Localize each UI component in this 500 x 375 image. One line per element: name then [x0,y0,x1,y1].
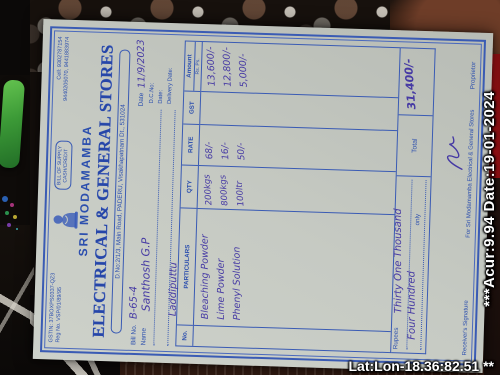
only-label: only [414,214,421,226]
col-qty-header: QTY [181,165,198,208]
colored-beads [2,196,8,202]
bill-no-value: B-65-4 [129,286,140,319]
delivery-date-label: Delivery Date: [166,40,177,104]
item-3-name: Phenyl Solution [230,210,246,326]
particulars-column: Bleaching Powder Lime Powder Phenyl Solu… [194,209,395,332]
date-value: 11/9/2023 [136,39,148,88]
col-gst-header: GST [183,91,200,124]
date-label: Date [138,93,145,107]
proprietor-label: Proprietor [469,49,478,101]
rate-column: 68/- 16/- 50/- [199,125,397,172]
col-rate-header: RATE [182,124,199,165]
item-3-amount: 5,000/- [235,43,253,93]
gps-overlay-latlon: Lat:Lon-18.36:82.51 ** [349,358,495,374]
gps-overlay-date: ***Acur:9.94 Date:19-01-2024 [481,49,499,349]
receipt-footer: Receiver's Signature For Sri Modamamba E… [426,48,478,355]
total-label: Total [397,115,433,177]
rupees-in-words: Rupees Thirty One Thousand Four Hundred … [391,176,431,353]
bill-type-box: BILL OF SUPPLY CASH/CREDIT [54,141,73,191]
bill-no-field: Bill No. B-65-4 [127,285,140,345]
item-2-amount: 12,800/- [219,43,237,93]
for-store-label: For Sri Modamamba Electrical & General S… [465,101,476,275]
qty-column: 200kgs 800kgs 100ltr [198,166,396,215]
col-amount-header: Amount Rs. Ps. [184,41,202,91]
item-3-qty: 100ltr [231,167,250,210]
total-amount-cell: 31,400/- [399,48,435,116]
total-amount-value: 31,400/- [402,58,419,110]
name-label: Name [140,328,148,346]
receiver-signature-label: Receiver's Signature [462,275,471,355]
item-2-name: Lime Powder [214,210,230,326]
receipt-border: GSTIN: 37BOXPS0337-QZ3 Reg No. VSP/01/89… [40,26,486,366]
green-object [0,79,25,168]
dark-left-edge [0,0,30,375]
customer-name: Santhosh G.P [139,238,152,312]
rupees-label: Rupees [392,327,400,349]
table-body: Bleaching Powder Lime Powder Phenyl Solu… [193,42,399,352]
deity-emblem-icon [52,208,79,231]
amount-sub-label: Rs. Ps. [193,42,202,91]
fabric-pattern-left [0,238,34,338]
date-field: Date 11/9/2023 [135,39,148,107]
item-1-name: Bleaching Powder [198,209,214,325]
col-no-header: No. [176,325,193,345]
items-table: No. PARTICULARS QTY RATE GST Amount Rs. … [175,40,401,353]
item-1-amount: 13,600/- [203,42,221,92]
rupees-words-line1: Thirty One Thousand [393,208,404,313]
receipt-paper: GSTIN: 37BOXPS0337-QZ3 Reg No. VSP/01/89… [33,19,493,373]
regno-line: Reg No. VSP/01/89/95 [55,255,64,343]
amount-column: 13,600/- 12,800/- 5,000/- [201,42,399,98]
cash-credit-label: CASH/CREDIT [62,146,69,185]
bill-no-label: Bill No. [130,324,138,345]
rupees-words-line2: Four Hundred [407,271,418,340]
customer-village: Laddiputtu [168,262,180,316]
for-store-text: For Sri Modamamba Electrical & General S… [466,109,476,238]
item-3-rate: 50/- [232,126,250,167]
proprietor-signature [442,131,467,176]
dc-block: D.C.No: Date: Delivery Date: [148,39,182,110]
